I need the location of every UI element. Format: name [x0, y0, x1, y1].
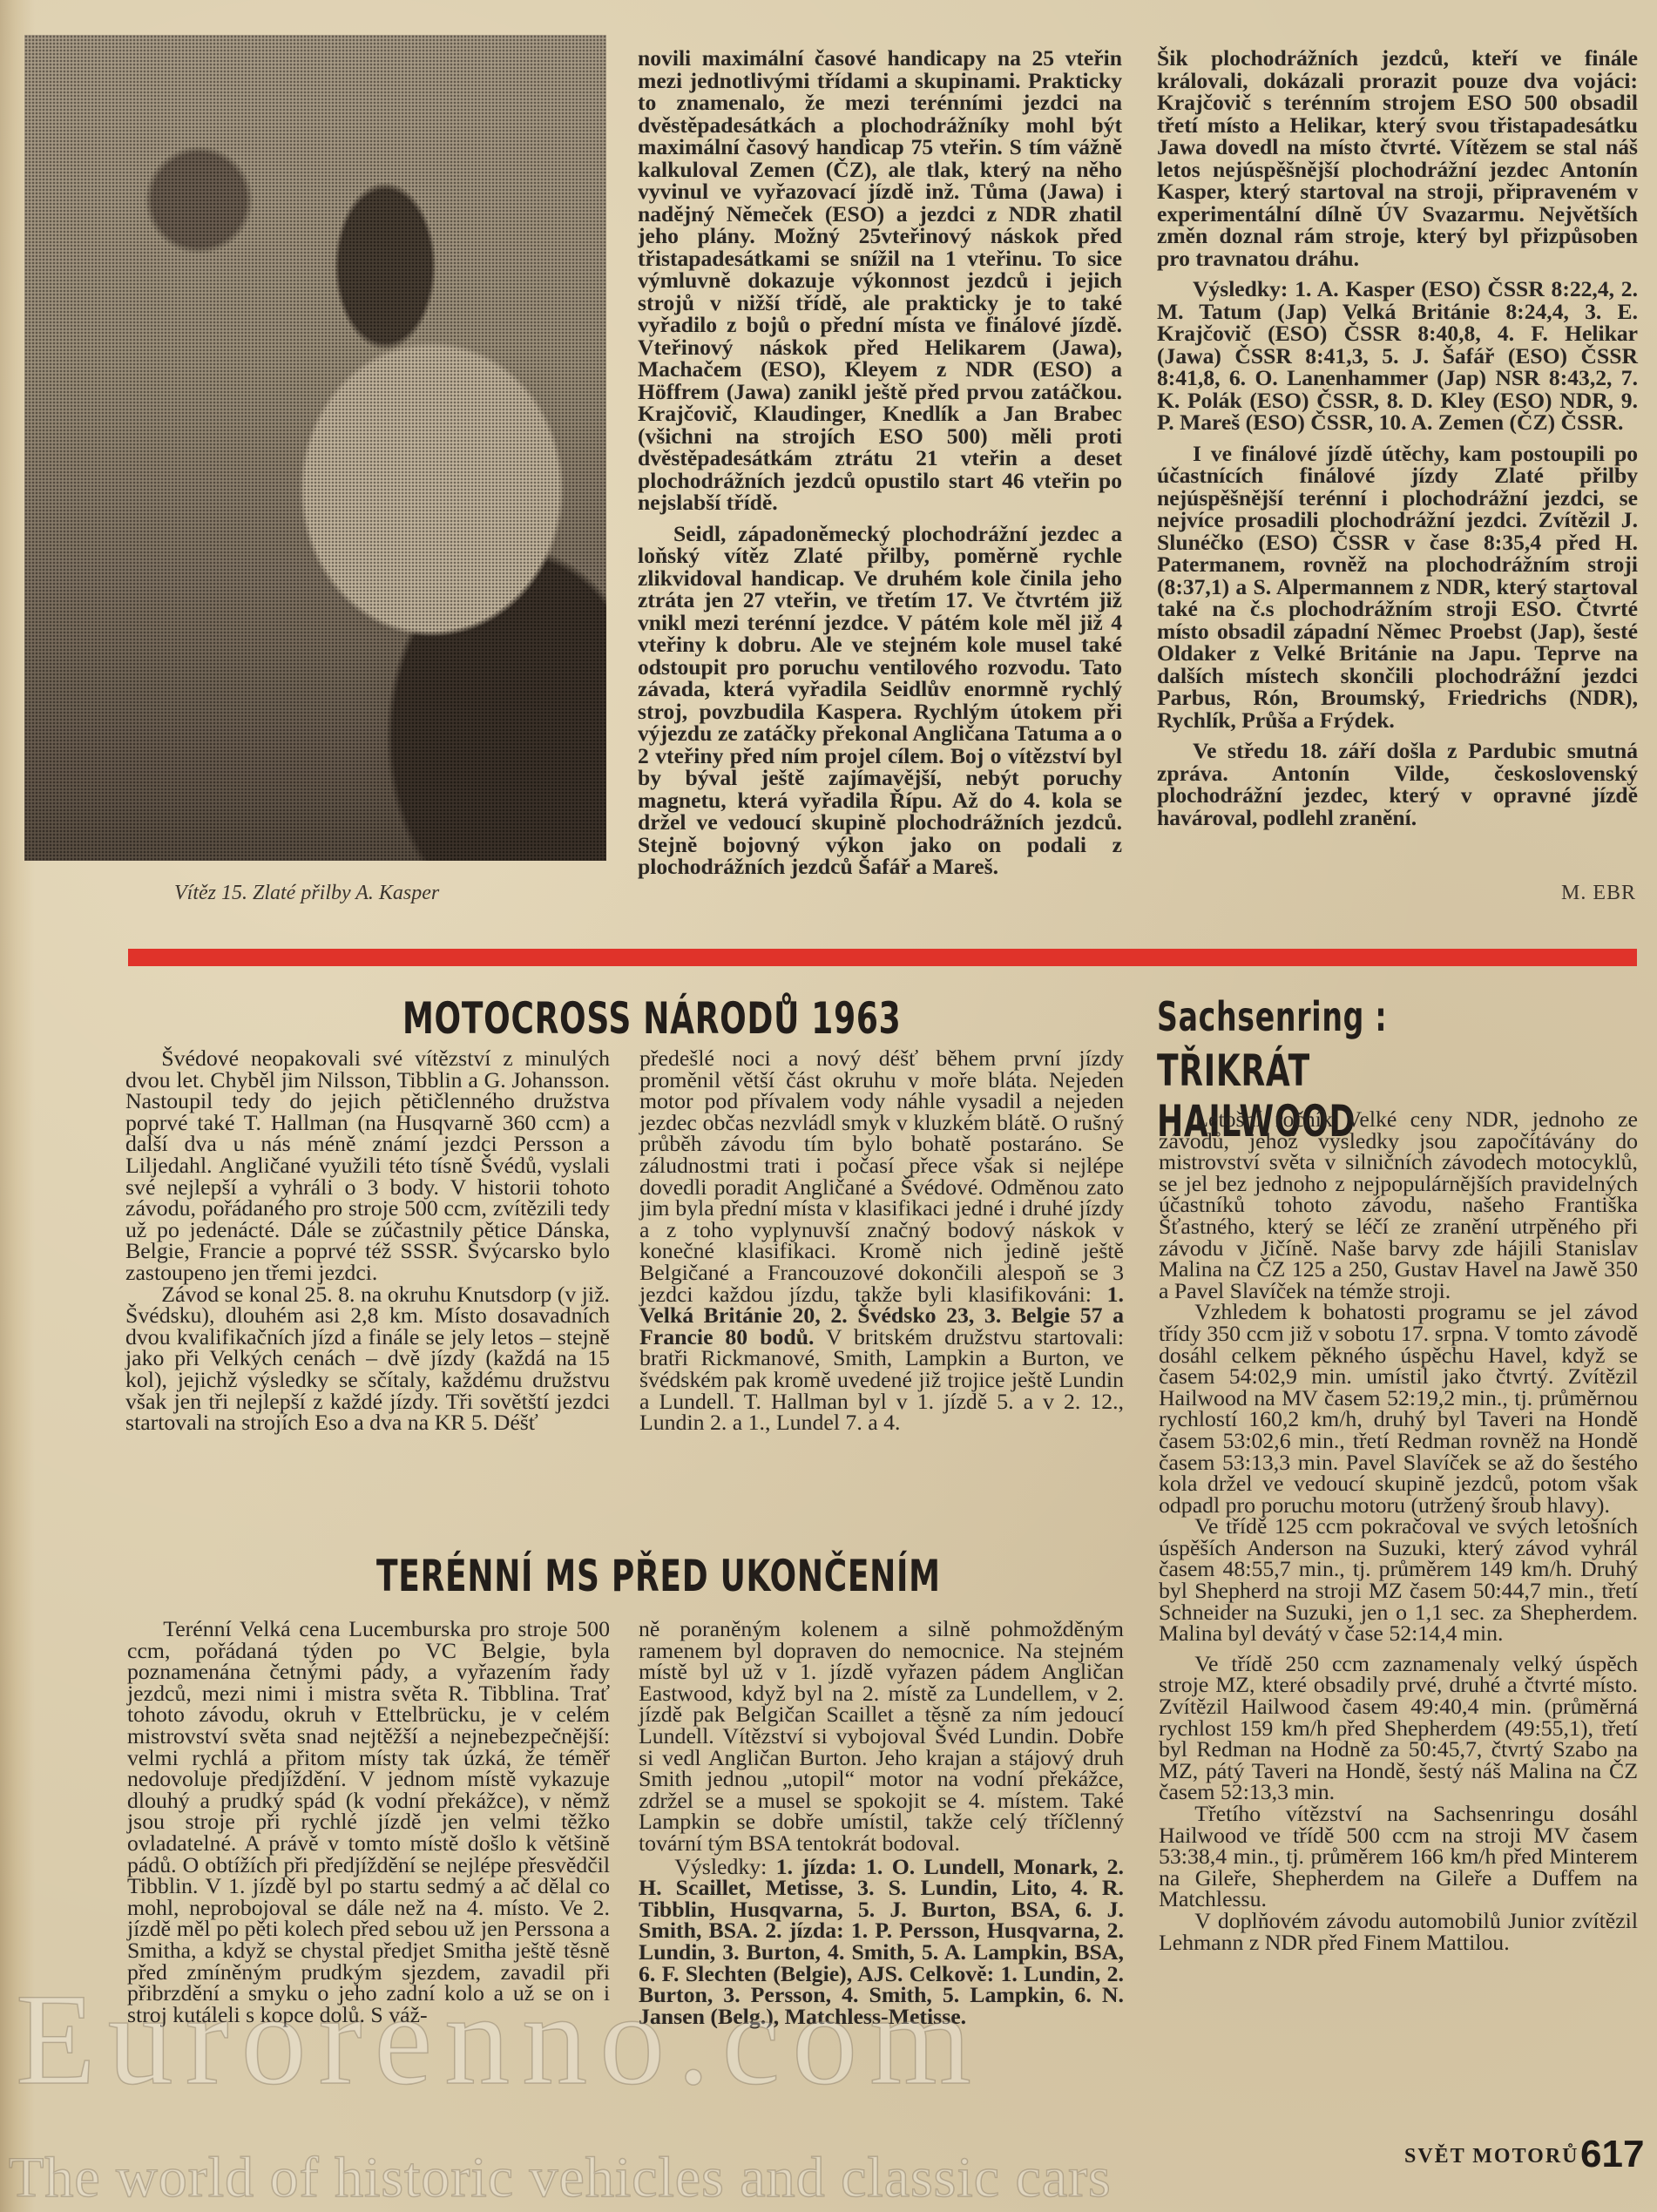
motocross-column-2: předešlé noci a nový déšť během první jí…: [639, 1048, 1124, 1434]
paragraph: Ve středu 18. září došla z Pardubic smut…: [1157, 740, 1638, 829]
top-article-column-3: Šik plochodrážních jezdců, kteří ve finá…: [1157, 47, 1638, 829]
text: předešlé noci a nový déšť během první jí…: [639, 1045, 1124, 1307]
sachsenring-kicker: Sachsenring :: [1157, 993, 1387, 1040]
results-paragraph: Výsledky: 1. A. Kasper (ESO) ČSSR 8:22,4…: [1157, 278, 1638, 434]
paragraph: Šik plochodrážních jezdců, kteří ve finá…: [1157, 47, 1638, 269]
paragraph: Vzhledem k bohatosti programu se jel záv…: [1159, 1302, 1638, 1516]
page-number: 617: [1580, 2133, 1644, 2176]
top-article-column-2: novili maximální časové handicapy na 25 …: [638, 47, 1122, 878]
paragraph: Letošní ročník Velké ceny NDR, jednoho z…: [1159, 1109, 1638, 1302]
watermark-tagline: The world of historic vehicles and class…: [9, 2145, 1112, 2211]
results-paragraph: Výsledky: 1. jízda: 1. O. Lundell, Monar…: [639, 1857, 1124, 2028]
paragraph: Ve třídě 250 ccm zaznamenaly velký úspěc…: [1159, 1654, 1638, 1803]
motocross-column-1: Švédové neopakovali své vítězství z minu…: [125, 1048, 610, 1434]
results-list: 1. jízda: 1. O. Lundell, Monark, 2. H. S…: [639, 1854, 1124, 2029]
paragraph: Třetího vítězství na Sachsenringu dosáhl…: [1159, 1803, 1638, 1911]
terenni-headline: TERÉNNÍ MS PŘED UKONČENÍM: [376, 1551, 941, 1601]
paragraph: novili maximální časové handicapy na 25 …: [638, 47, 1122, 514]
section-divider-red: [128, 949, 1637, 966]
paragraph: Švédové neopakovali své vítězství z minu…: [125, 1048, 610, 1284]
winner-photo: [24, 35, 606, 861]
sachsenring-column: Letošní ročník Velké ceny NDR, jednoho z…: [1159, 1109, 1638, 1953]
paragraph: Ve třídě 125 ccm pokračoval ve svých let…: [1159, 1516, 1638, 1645]
paragraph: V doplňovém závodu automobilů Junior zví…: [1159, 1911, 1638, 1953]
paragraph: ně poraněným kolenem a silně pohmožděným…: [639, 1619, 1124, 1855]
author-signature: M. EBR: [1561, 882, 1636, 905]
photo-caption: Vítěz 15. Zlaté přilby A. Kasper: [174, 882, 439, 905]
motocross-headline: MOTOCROSS NÁRODŮ 1963: [402, 993, 901, 1044]
paragraph: Terénní Velká cena Lucemburska pro stroj…: [127, 1619, 610, 2026]
magazine-name: SVĚT MOTORŮ: [1404, 2145, 1579, 2168]
paragraph: I ve finálové jízdě útěchy, kam postoupi…: [1157, 443, 1638, 732]
paragraph: předešlé noci a nový déšť během první jí…: [639, 1048, 1124, 1434]
terenni-column-1: Terénní Velká cena Lucemburska pro stroj…: [127, 1619, 610, 2026]
paragraph: Závod se konal 25. 8. na okruhu Knutsdor…: [125, 1284, 610, 1434]
terenni-column-2: ně poraněným kolenem a silně pohmožděným…: [639, 1619, 1124, 2027]
paragraph: Seidl, západoněmecký plochodrážní jezdec…: [638, 523, 1122, 878]
